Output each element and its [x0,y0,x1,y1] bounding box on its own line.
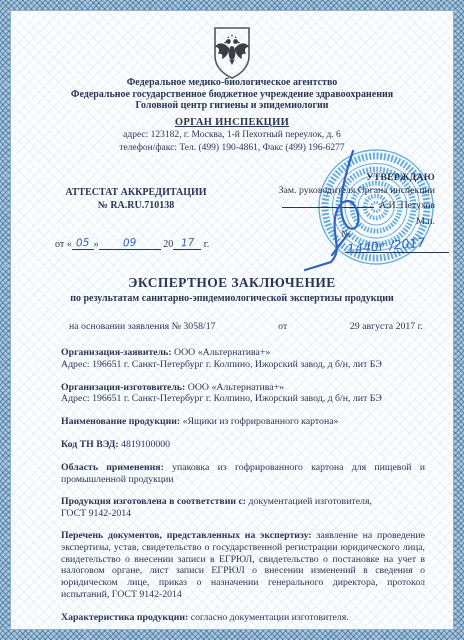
field-applicant-label: Организация-заявитель: [61,347,172,358]
basis-row: на основании заявления № 3058/17 от 29 а… [69,321,423,332]
handwritten-year: 17 [180,237,194,250]
field-applicant: Организация-заявитель: ООО «Альтернатива… [61,347,425,371]
basis-from: от [278,321,287,332]
document-content-area: Федеральное медико-биологическое агентст… [10,10,454,630]
field-characteristics-value: согласно документации изготовителя. [191,612,349,623]
accreditation-block: АТТЕСТАТ АККРЕДИТАЦИИ № RA.RU.710138 [51,187,221,212]
document-date-line: от «05»09 2017 г. [55,237,209,250]
date-century: 20 [163,239,173,250]
field-characteristics: Характеристика продукции: согласно докум… [61,612,425,624]
field-product-value: «Ящики из гофрированного картона» [183,416,339,427]
field-tnved-value: 4819100000 [121,439,170,450]
field-conformity: Продукция изготовлена в соответствии с: … [61,496,425,520]
date-suffix: г. [204,239,209,250]
field-scope: Область применения: упаковка из гофриров… [61,462,425,486]
field-manufacturer-label: Организация-изготовитель: [61,382,185,393]
field-tnved-label: Код ТН ВЭД: [61,439,119,450]
date-month-blank: 09 [99,237,161,250]
field-conformity-label: Продукция изготовлена в соответствии с: [61,496,246,507]
field-tnved-code: Код ТН ВЭД: 4819100000 [61,439,425,451]
field-manufacturer: Организация-изготовитель: ООО «Альтернат… [61,382,425,406]
handwritten-day: 05 [76,237,90,250]
date-day-blank: 05 [72,237,94,250]
handwritten-month: 09 [123,237,137,250]
field-characteristics-label: Характеристика продукции: [61,612,188,623]
field-scope-label: Область применения: [61,462,164,473]
document-body: Организация-заявитель: ООО «Альтернатива… [61,347,425,635]
signature [291,139,464,279]
document-subtitle: по результатам санитарно-эпидемиологичес… [11,293,453,304]
field-manufacturer-address: Адрес: 196651 г. Санкт-Петербург г. Колп… [61,393,382,404]
agency-name: Федеральное медико-биологическое агентст… [11,77,453,89]
field-product-name: Наименование продукции: «Ящики из гофрир… [61,416,425,428]
institution-name: Федеральное государственное бюджетное уч… [11,89,453,101]
center-name: Головной центр гигиены и эпидемиологии [11,100,453,112]
basis-date: 29 августа 2017 г. [350,321,423,332]
date-year-blank: 17 [173,237,201,250]
scanned-document-page: Федеральное медико-биологическое агентст… [0,0,464,640]
field-conformity-value2: ГОСТ 9142-2014 [61,508,131,519]
field-documents: Перечень документов, представленных на э… [61,530,425,601]
date-prefix: от « [55,239,72,250]
accreditation-title: АТТЕСТАТ АККРЕДИТАЦИИ [51,187,221,200]
field-manufacturer-value: ООО «Альтернатива+» [188,382,284,393]
basis-statement: на основании заявления № 3058/17 [69,321,216,332]
field-applicant-value: ООО «Альтернатива+» [174,347,270,358]
field-product-label: Наименование продукции: [61,416,180,427]
accreditation-number: № RA.RU.710138 [51,200,221,213]
field-conformity-value: документацией изготовителя, [249,496,372,507]
field-applicant-address: Адрес: 196651 г. Санкт-Петербург г. Колп… [61,359,382,370]
field-documents-label: Перечень документов, представленных на э… [61,530,312,541]
coat-of-arms-icon [210,25,254,81]
